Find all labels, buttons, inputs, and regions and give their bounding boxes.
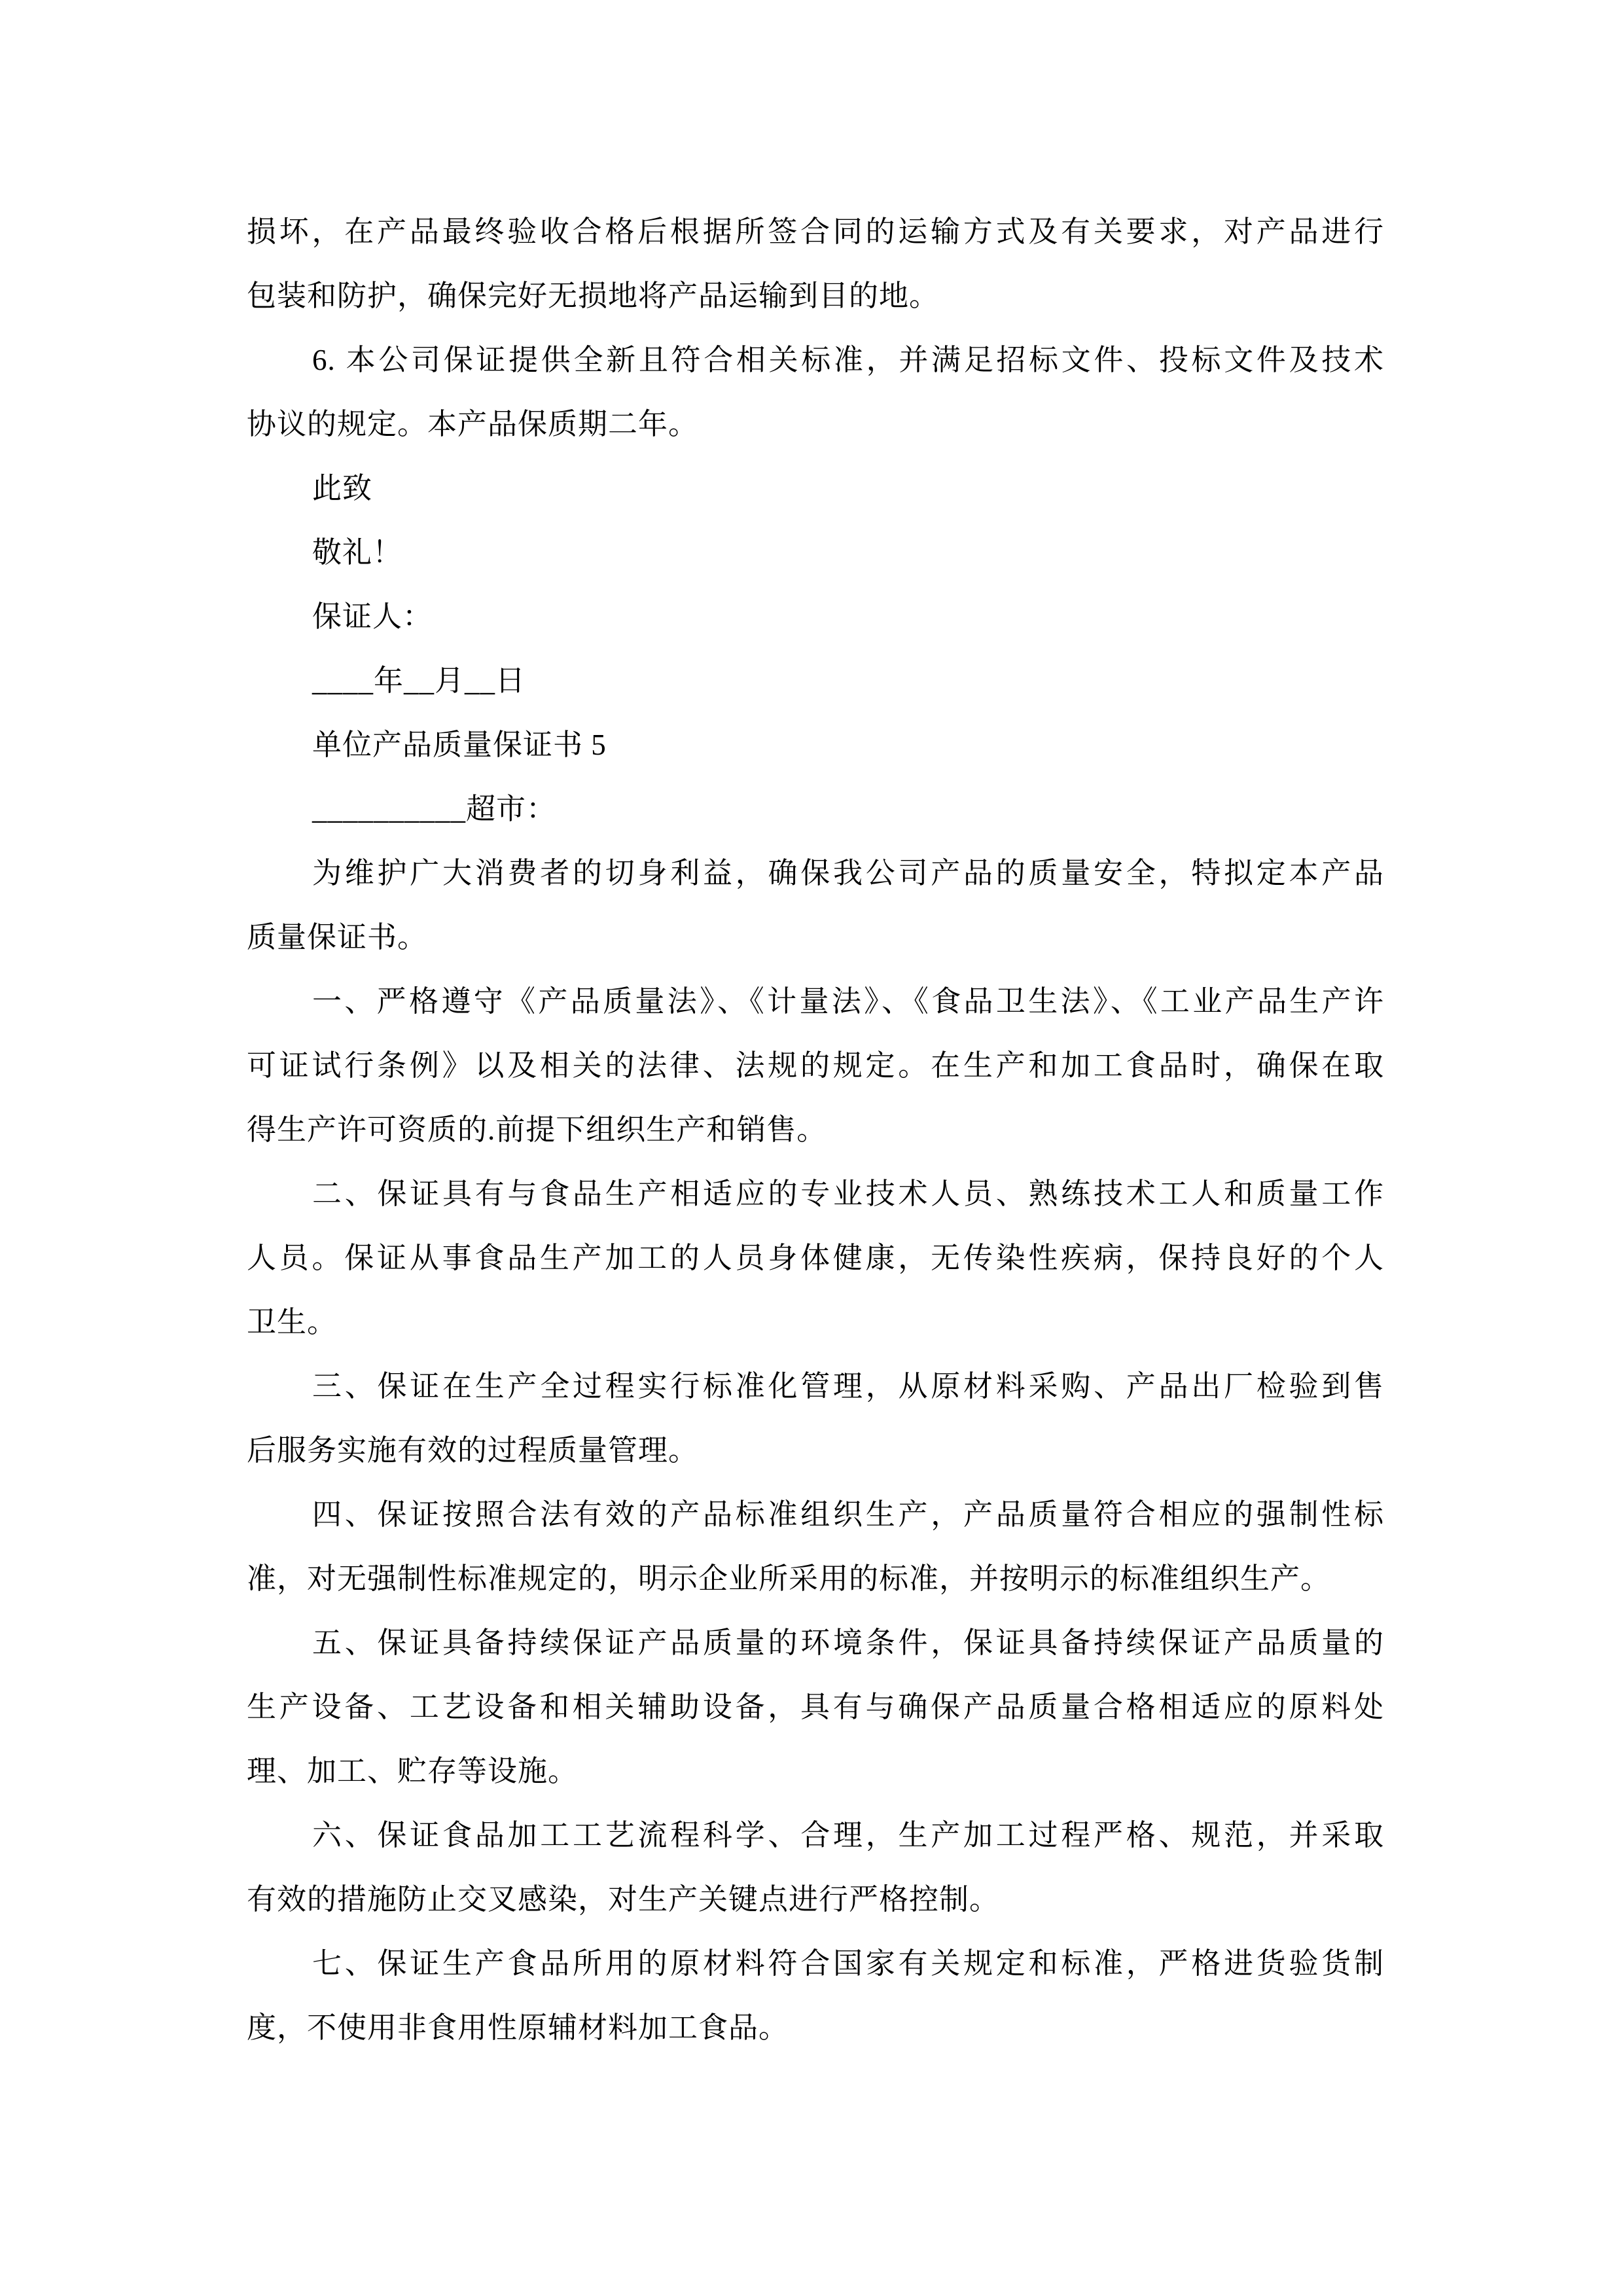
doc-line: 得生产许可资质的.前提下组织生产和销售。 bbox=[247, 1098, 1384, 1162]
doc-line: 后服务实施有效的过程质量管理。 bbox=[247, 1418, 1384, 1482]
doc-line: 生产设备、工艺设备和相关辅助设备，具有与确保产品质量合格相适应的原料处 bbox=[247, 1675, 1384, 1739]
doc-line: 质量保证书。 bbox=[247, 905, 1384, 969]
doc-line: 为维护广大消费者的切身利益，确保我公司产品的质量安全，特拟定本产品 bbox=[247, 841, 1384, 905]
doc-line: 五、保证具备持续保证产品质量的环境条件，保证具备持续保证产品质量的 bbox=[247, 1611, 1384, 1675]
doc-line: 理、加工、贮存等设施。 bbox=[247, 1739, 1384, 1803]
doc-line: 可证试行条例》以及相关的法律、法规的规定。在生产和加工食品时，确保在取 bbox=[247, 1033, 1384, 1098]
doc-line: 6. 本公司保证提供全新且符合相关标准，并满足招标文件、投标文件及技术 bbox=[247, 328, 1384, 392]
doc-line: 七、保证生产食品所用的原材料符合国家有关规定和标准，严格进货验货制 bbox=[247, 1931, 1384, 1996]
doc-line-addressee-blank: __________超市： bbox=[247, 777, 1384, 841]
doc-line-date-blank: ____年__月__日 bbox=[247, 649, 1384, 713]
doc-line: 度，不使用非食用性原辅材料加工食品。 bbox=[247, 1996, 1384, 2060]
doc-line: 卫生。 bbox=[247, 1290, 1384, 1354]
doc-line-salutation: 敬礼！ bbox=[247, 520, 1384, 584]
doc-line: 损坏，在产品最终验收合格后根据所签合同的运输方式及有关要求，对产品进行 bbox=[247, 200, 1384, 264]
document-page: 损坏，在产品最终验收合格后根据所签合同的运输方式及有关要求，对产品进行 包装和防… bbox=[0, 0, 1623, 2296]
doc-line: 四、保证按照合法有效的产品标准组织生产，产品质量符合相应的强制性标 bbox=[247, 1482, 1384, 1547]
doc-line: 六、保证食品加工工艺流程科学、合理，生产加工过程严格、规范，并采取 bbox=[247, 1803, 1384, 1867]
doc-line: 二、保证具有与食品生产相适应的专业技术人员、熟练技术工人和质量工作 bbox=[247, 1162, 1384, 1226]
doc-section-title: 单位产品质量保证书 5 bbox=[247, 713, 1384, 777]
doc-line-salutation: 此致 bbox=[247, 456, 1384, 520]
document-text-block: 损坏，在产品最终验收合格后根据所签合同的运输方式及有关要求，对产品进行 包装和防… bbox=[247, 200, 1384, 2060]
doc-line: 三、保证在生产全过程实行标准化管理，从原材料采购、产品出厂检验到售 bbox=[247, 1354, 1384, 1418]
doc-line: 包装和防护，确保完好无损地将产品运输到目的地。 bbox=[247, 264, 1384, 328]
doc-line: 协议的规定。本产品保质期二年。 bbox=[247, 392, 1384, 456]
doc-line-guarantor: 保证人： bbox=[247, 584, 1384, 649]
doc-line: 一、严格遵守《产品质量法》、《计量法》、《食品卫生法》、《工业产品生产许 bbox=[247, 969, 1384, 1033]
doc-line: 人员。保证从事食品生产加工的人员身体健康，无传染性疾病，保持良好的个人 bbox=[247, 1226, 1384, 1290]
doc-line: 准，对无强制性标准规定的，明示企业所采用的标准，并按明示的标准组织生产。 bbox=[247, 1547, 1384, 1611]
doc-line: 有效的措施防止交叉感染，对生产关键点进行严格控制。 bbox=[247, 1867, 1384, 1931]
